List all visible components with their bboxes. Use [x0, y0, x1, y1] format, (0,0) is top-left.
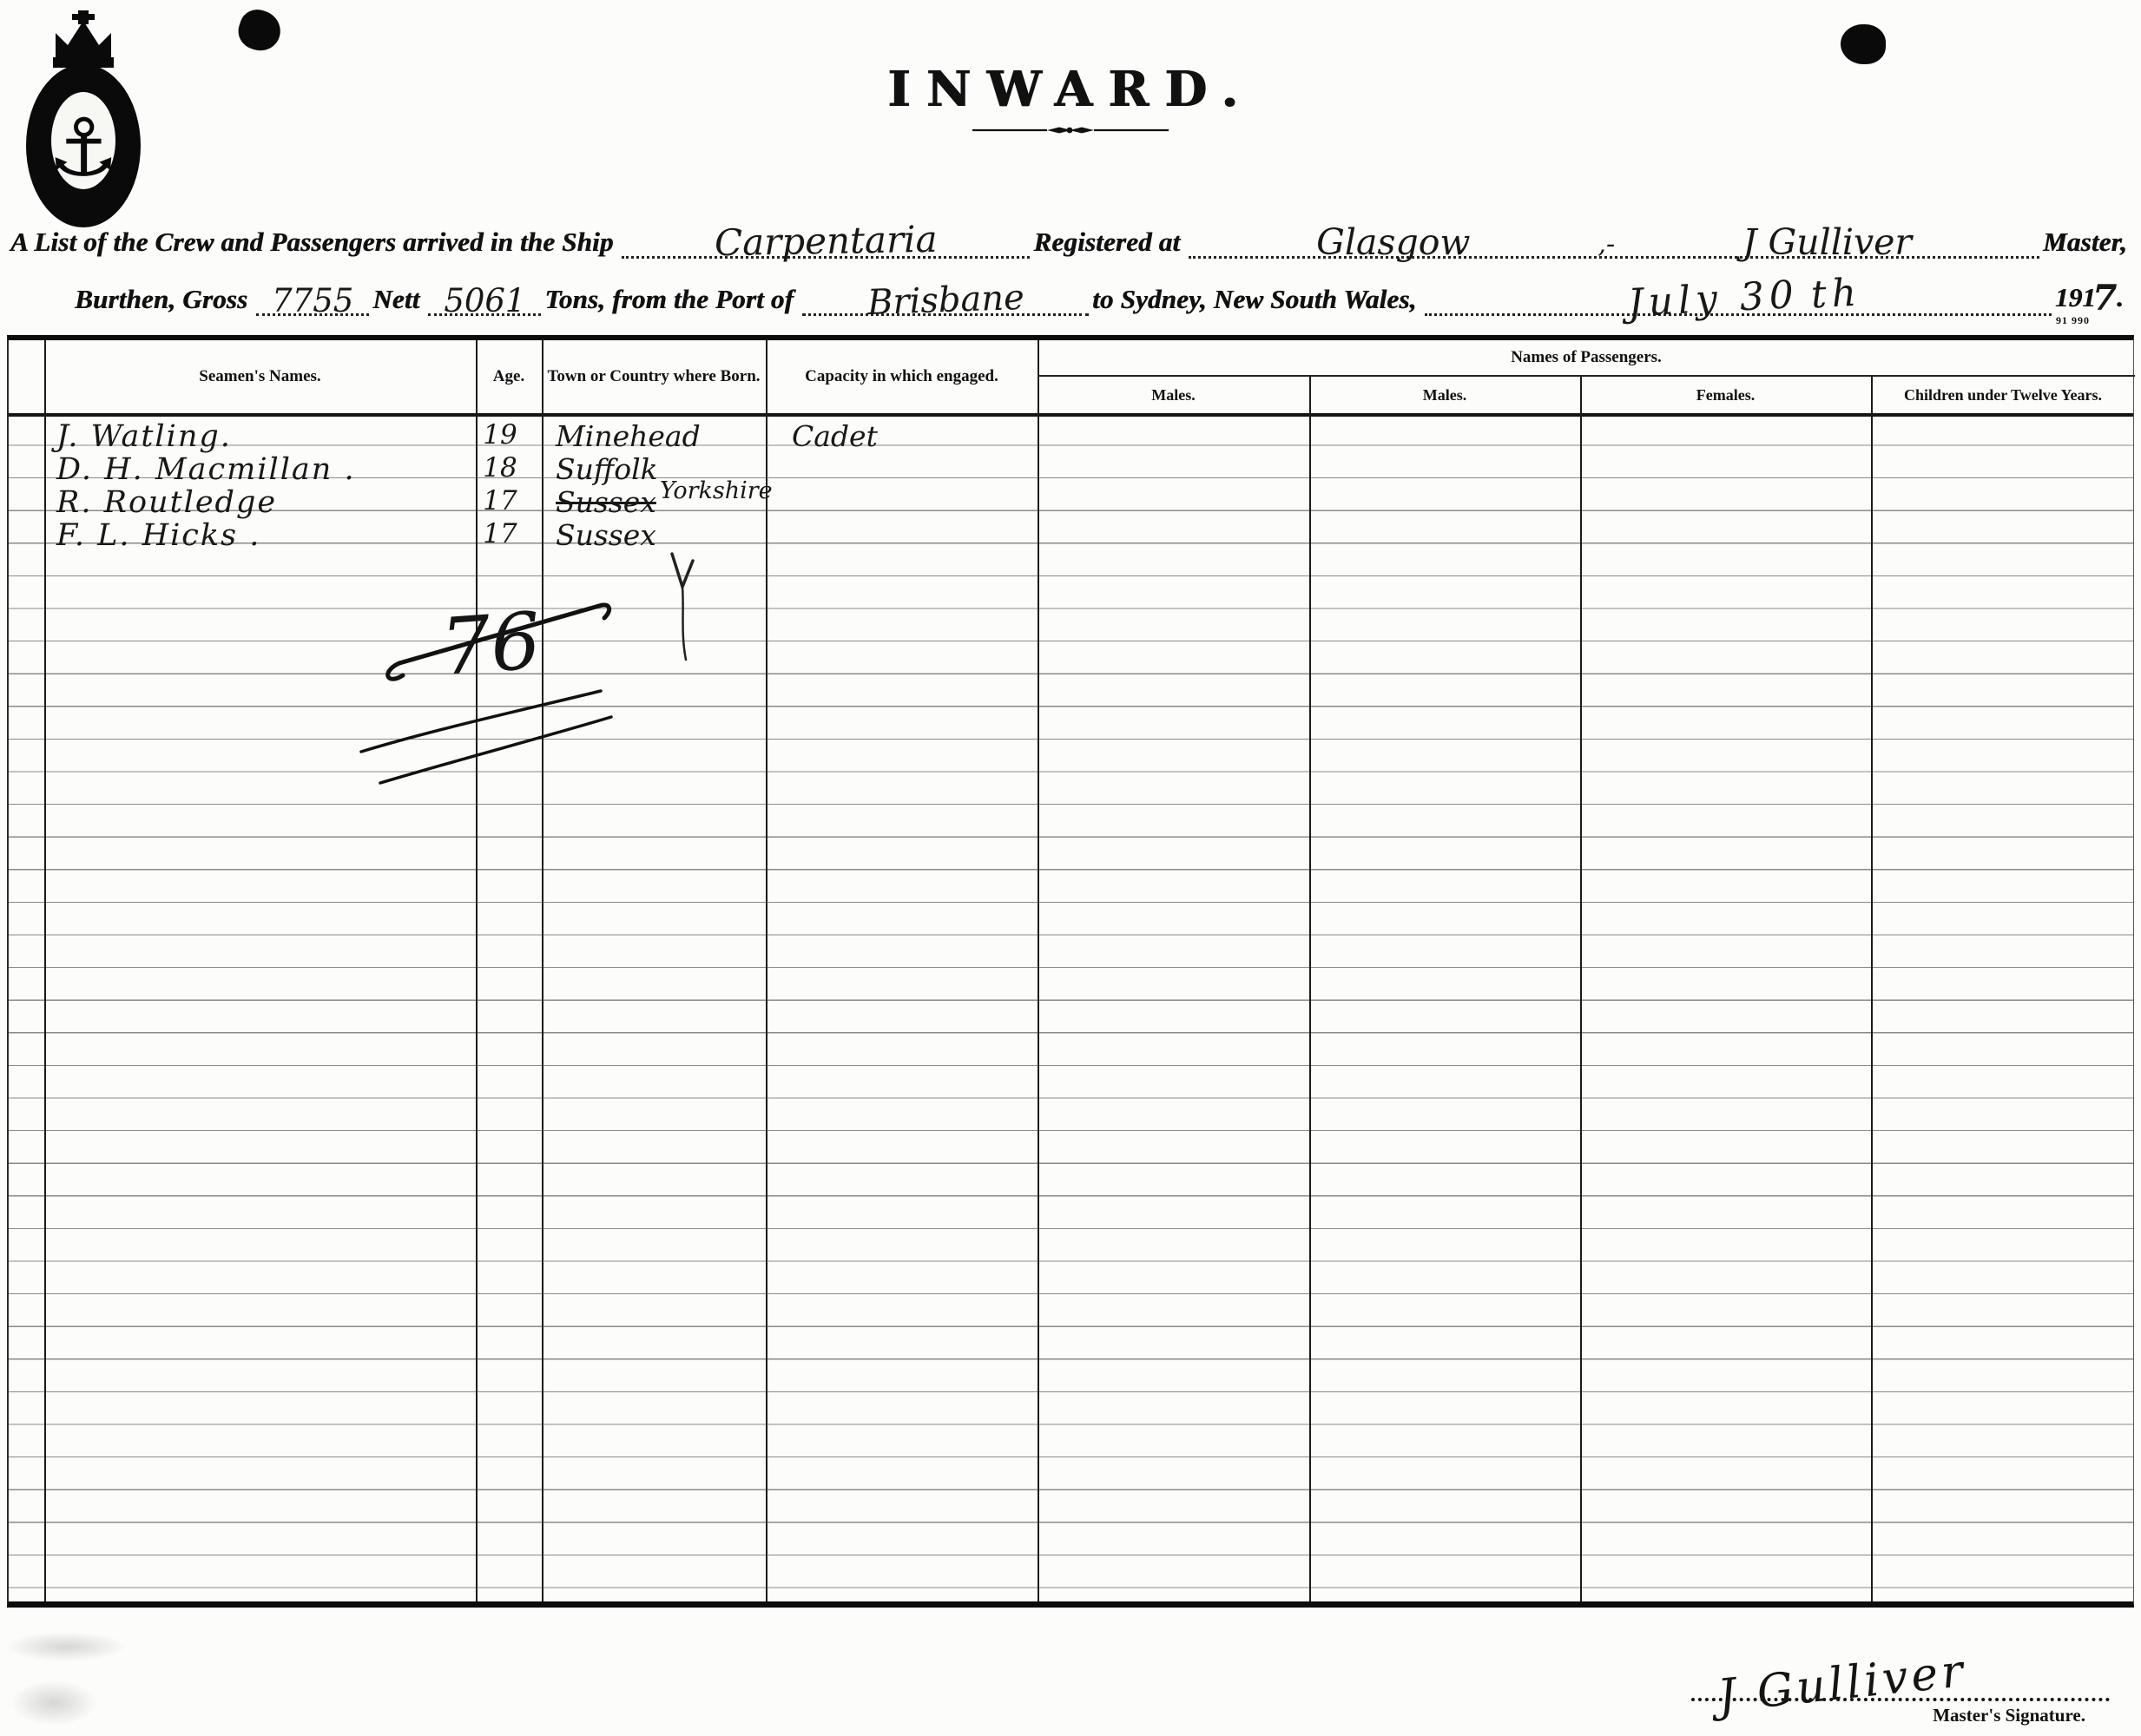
col-header-town-born: Town or Country where Born.: [542, 340, 766, 413]
scan-smudge: [5, 1632, 127, 1661]
preamble-line-2: Burthen, Gross 7755 Nett 5061 Tons, from…: [75, 266, 2129, 316]
seaman-born: Minehead: [556, 422, 701, 450]
nett-tons-value: 5061: [444, 282, 525, 319]
column-rule: [1580, 377, 1582, 1601]
seaman-age: 18: [467, 455, 533, 482]
intro-label: A List of the Crew and Passengers arrive…: [10, 228, 618, 259]
seaman-born: Sussex: [556, 521, 656, 549]
gross-tons-value: 7755: [272, 282, 353, 319]
handwritten-separator: ,-: [1598, 232, 1615, 258]
corrected-entry: Yorkshire: [660, 477, 773, 504]
port-label: Tons, from the Port of: [544, 286, 799, 316]
insertion-caret-mark: [665, 550, 702, 663]
year-printed-digits: 191: [2055, 282, 2096, 312]
scan-smudge: [10, 1680, 97, 1726]
seaman-born: Suffolk: [556, 455, 658, 483]
port-value: Brisbane: [866, 280, 1024, 320]
period: .: [2117, 282, 2124, 312]
crew-and-passengers-table: Seamen's Names. Age. Town or Country whe…: [7, 335, 2134, 1608]
col-header-males-2: Males.: [1309, 377, 1580, 413]
gross-tons-field: 7755: [256, 281, 369, 316]
table-body: J. Watling. 19 Minehead Cadet D. H. Macm…: [9, 413, 2133, 1601]
nett-label: Nett: [372, 286, 425, 316]
seaman-age: 17: [467, 521, 533, 548]
destination-label: to Sydney, New South Wales,: [1092, 286, 1421, 316]
seaman-name: F. L. Hicks .: [56, 521, 260, 551]
page-title: INWARD.: [0, 61, 2141, 118]
seaman-capacity: Cadet: [792, 422, 878, 450]
column-rule: [1309, 377, 1311, 1601]
port-field: Brisbane: [802, 279, 1089, 316]
passenger-subheaders: Males. Males. Females. Children under Tw…: [1038, 377, 2135, 413]
signature-line: J Gulliver: [1691, 1641, 2110, 1701]
year-printed: 1917.: [2055, 278, 2129, 316]
column-rule: [1871, 377, 1873, 1601]
crew-row: R. Routledge 17 SussexYorkshire: [9, 488, 2133, 524]
struck-entry: Sussex: [556, 485, 656, 519]
ship-name-field: Carpentaria: [622, 220, 1030, 259]
scanned-crew-list-document: ⚓ INWARD. A List of the Crew and Passeng…: [0, 0, 2141, 1736]
col-group-names-of-passengers: Names of Passengers.: [1038, 340, 2135, 377]
col-header-capacity: Capacity in which engaged.: [766, 340, 1038, 413]
col-header-children: Children under Twelve Years.: [1871, 377, 2135, 413]
registered-at-value: Glasgow: [1316, 225, 1470, 260]
master-name-value: J Gulliver: [1742, 225, 1912, 260]
burthen-gross-label: Burthen, Gross: [75, 286, 253, 316]
form-code: 91 990: [2056, 314, 2090, 327]
crew-row: D. H. Macmillan . 18 Suffolk: [9, 455, 2133, 491]
preamble-line-1: A List of the Crew and Passengers arrive…: [10, 207, 2132, 259]
date-field: July 30th: [1425, 270, 2051, 316]
col-header-males-1: Males.: [1038, 377, 1309, 413]
registered-at-field: Glasgow ,- J Gulliver: [1189, 220, 2039, 259]
signature-block: J Gulliver Master's Signature.: [1691, 1641, 2110, 1726]
seaman-born: SussexYorkshire: [556, 488, 773, 518]
master-label: Master,: [2043, 228, 2132, 259]
date-suffix: th: [1809, 273, 1861, 314]
registered-at-label: Registered at: [1033, 228, 1185, 259]
nett-tons-field: 5061: [428, 281, 541, 316]
col-header-age: Age.: [476, 340, 542, 413]
col-header-seamens-names: Seamen's Names.: [44, 340, 476, 413]
crew-row: F. L. Hicks . 17 Sussex: [9, 521, 2133, 557]
seaman-name: R. Routledge: [56, 488, 277, 518]
arrival-date-value: July 30: [1627, 276, 1800, 323]
title-ornament-rule: [971, 123, 1170, 137]
seaman-age: 19: [467, 422, 533, 449]
ship-name-value: Carpentaria: [715, 221, 938, 261]
crew-tally-count: 76: [438, 602, 543, 687]
ink-blot: [1841, 24, 1886, 64]
table-header: Seamen's Names. Age. Town or Country whe…: [9, 340, 2133, 417]
seaman-name: J. Watling.: [56, 422, 232, 452]
ink-blot: [234, 5, 286, 56]
crown-anchor-seal-icon: ⚓: [17, 9, 149, 231]
col-header-females: Females.: [1580, 377, 1871, 413]
seaman-name: D. H. Macmillan .: [56, 455, 356, 485]
seaman-age: 17: [467, 488, 533, 515]
year-final-digit: 7: [2092, 278, 2117, 319]
